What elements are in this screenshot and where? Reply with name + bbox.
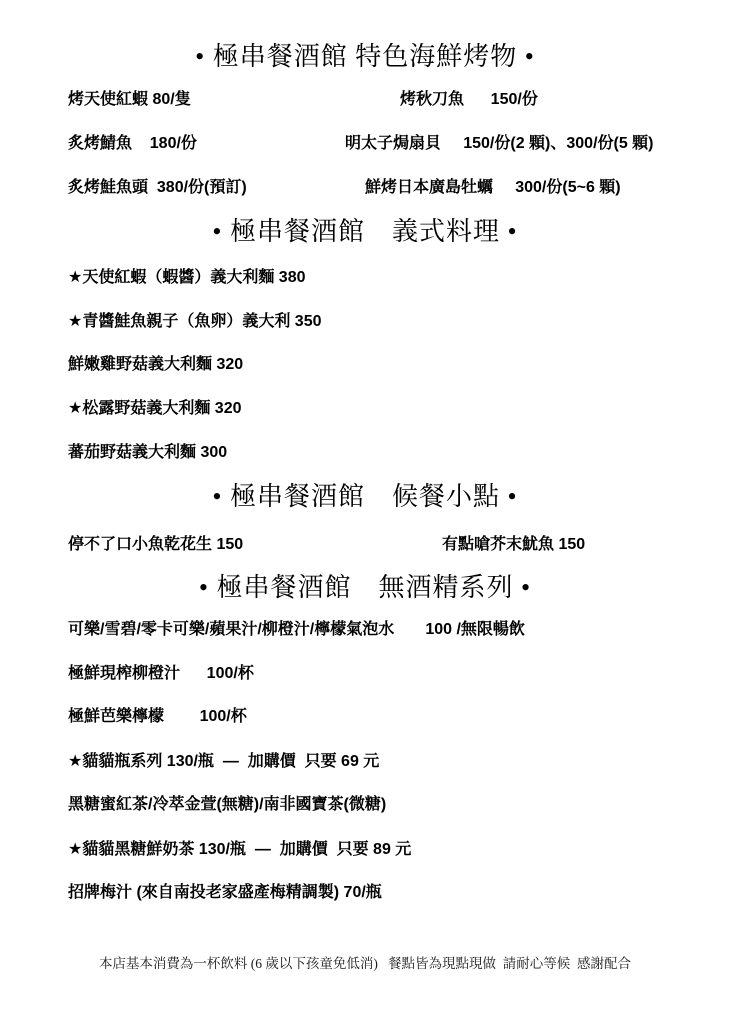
section-title-snacks: • 極串餐酒館 候餐小點 • — [0, 481, 730, 513]
footer-note: 本店基本消費為一杯飲料 (6 歲以下孩童免低消) 餐點皆為現點現做 請耐心等候 … — [0, 955, 730, 972]
menu-item: 蕃茄野菇義大利麵 300 — [68, 443, 227, 463]
menu-item: 烤秋刀魚 150/份 — [400, 90, 538, 110]
menu-item: ★貓貓瓶系列 130/瓶 — 加購價 只要 69 元 — [68, 752, 379, 772]
menu-item: 黑糖蜜紅茶/冷萃金萱(無糖)/南非國寶茶(微糖) — [68, 795, 386, 815]
section-title-italian: • 極串餐酒館 義式料理 • — [0, 216, 730, 248]
menu-item: ★松露野菇義大利麵 320 — [68, 399, 242, 419]
menu-item: 有點嗆芥末魷魚 150 — [442, 535, 585, 555]
menu-item: 炙烤鯖魚 180/份 — [68, 134, 197, 154]
menu-item: 極鮮現榨柳橙汁 100/杯 — [68, 664, 254, 684]
section-title-seafood-grill: • 極串餐酒館 特色海鮮烤物 • — [0, 41, 730, 73]
menu-item: 明太子焗扇貝 150/份(2 顆)、300/份(5 顆) — [345, 134, 654, 154]
menu-item: ★天使紅蝦（蝦醬）義大利麵 380 — [68, 268, 306, 288]
menu-item: ★貓貓黑糖鮮奶茶 130/瓶 — 加購價 只要 89 元 — [68, 840, 411, 860]
menu-page: • 極串餐酒館 特色海鮮烤物 • 烤天使紅蝦 80/隻 烤秋刀魚 150/份 炙… — [0, 0, 730, 1032]
menu-item: 可樂/雪碧/零卡可樂/蘋果汁/柳橙汁/檸檬氣泡水 100 /無限暢飲 — [68, 620, 525, 640]
menu-item: ★青醬鮭魚親子（魚卵）義大利 350 — [68, 312, 322, 332]
menu-item: 停不了口小魚乾花生 150 — [68, 535, 243, 555]
menu-item: 招牌梅汁 (來自南投老家盛產梅精調製) 70/瓶 — [68, 883, 382, 903]
menu-item: 極鮮芭樂檸檬 100/杯 — [68, 707, 247, 727]
menu-item: 烤天使紅蝦 80/隻 — [68, 90, 191, 110]
section-title-non-alcoholic: • 極串餐酒館 無酒精系列 • — [0, 572, 730, 604]
menu-item: 鮮烤日本廣島牡蠣 300/份(5~6 顆) — [365, 178, 621, 198]
menu-item: 鮮嫩雞野菇義大利麵 320 — [68, 355, 243, 375]
menu-item: 炙烤鮭魚頭 380/份(預訂) — [68, 178, 247, 198]
